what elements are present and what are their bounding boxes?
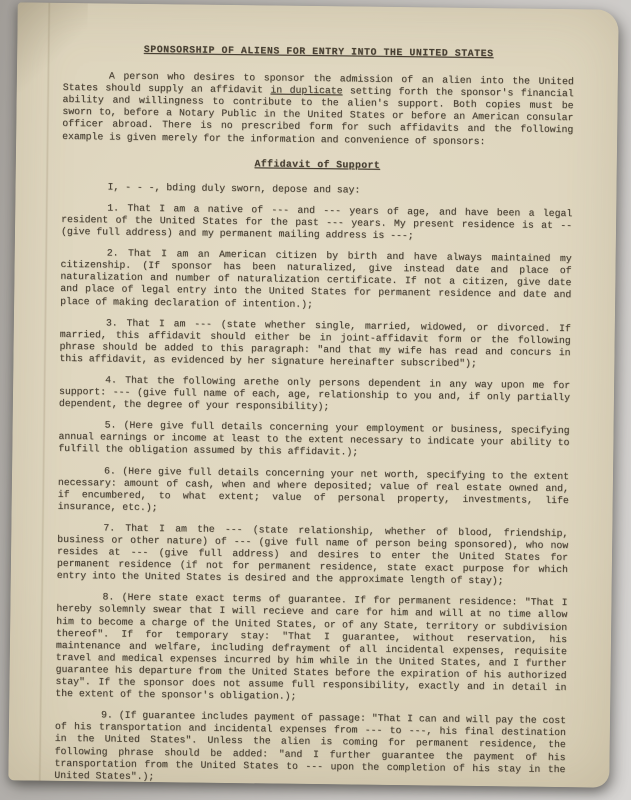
affidavit-paragraph-2: 2. That I am an American citizen by birt… [60,247,572,314]
affidavit-paragraph-8: 8. (Here state exact terms of guarantee.… [55,591,567,706]
intro-underlined-phrase: in duplicate [270,85,342,97]
affidavit-paragraph-7: 7. That I am the --- (state relationship… [57,522,569,589]
affidavit-heading: Affidavit of Support [62,156,573,174]
intro-paragraph: A person who desires to sponsor the admi… [62,70,574,149]
document-title: SPONSORSHIP OF ALIENS FOR ENTRY INTO THE… [63,43,574,61]
scanned-document-page: SPONSORSHIP OF ALIENS FOR ENTRY INTO THE… [8,2,618,787]
affidavit-paragraph-5: 5. (Here give full details concerning yo… [58,419,569,462]
affidavit-paragraph-6: 6. (Here give full details concerning yo… [58,464,570,519]
affidavit-paragraph-4: 4. That the following arethe only person… [59,374,570,417]
affidavit-paragraph-9: 9. (If guarantee includes payment of pas… [54,709,566,788]
affidavit-paragraph-3: 3. That I am --- (state whether single, … [59,316,571,371]
affidavit-paragraph-1: 1. That I am a native of --- and --- yea… [61,202,572,245]
affidavit-opening-line: I, - - -, bding duly sworn, depose and s… [61,181,572,199]
